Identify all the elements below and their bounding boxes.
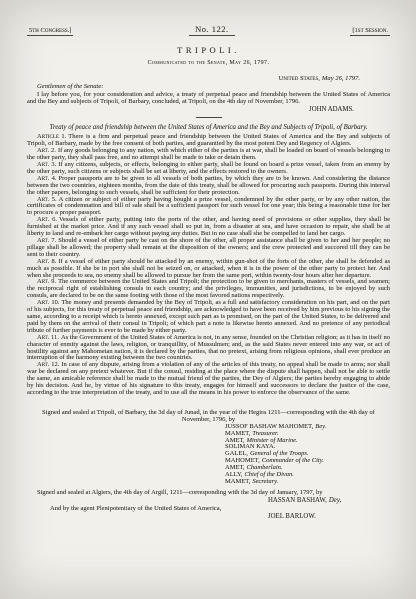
article-12: Art. 12.In case of any dispute, arising … — [27, 362, 390, 397]
article-6-text: Vessels of either party, putting into th… — [27, 216, 390, 237]
article-6: Art. 6.Vessels of either party, putting … — [27, 217, 390, 238]
congress-label: 5th Congress.] — [27, 27, 73, 36]
tripoli-signing-line: Signed and sealed at Tripoli, of Barbary… — [29, 409, 388, 423]
treaty-caption: Treaty of peace and friendship between t… — [31, 124, 386, 131]
article-2: Art. 2.If any goods belonging to any nat… — [27, 148, 390, 162]
article-3-text: If any citizens, subjects, or effects, b… — [27, 161, 390, 175]
masthead: 5th Congress.] No. 122. [1st Session. — [27, 24, 390, 36]
algiers-signing-line: Signed and sealed at Algiers, the 4th da… — [27, 489, 390, 496]
article-11: Art. 11.As the Government of the United … — [27, 335, 390, 363]
signatory-title: Bey. — [315, 423, 326, 430]
article-5: Art. 5.A citizen or subject of either pa… — [27, 197, 390, 218]
article-12-text: In case of any dispute, arising from a v… — [27, 361, 390, 396]
article-4-text: Proper passports are to be given to all … — [27, 175, 390, 196]
article-2-text: If any goods belonging to any nation, wi… — [27, 147, 390, 161]
article-10-text: The money and presents demanded by the B… — [27, 299, 390, 334]
document-page: 5th Congress.] No. 122. [1st Session. TR… — [0, 0, 416, 599]
article-1-text: There is a firm and perpetual peace and … — [27, 133, 390, 147]
article-8: Art. 8.If a vessel of either party shoul… — [27, 259, 390, 280]
president-signature: JOHN ADAMS. — [27, 106, 390, 113]
dateline-place: United States, — [279, 75, 320, 82]
article-13 — [27, 397, 390, 404]
signatory-title: Secretary. — [252, 478, 278, 485]
article-5-text: A citizen or subject of either party hav… — [27, 196, 390, 217]
document-number: No. 122. — [189, 24, 235, 36]
article-4: Art. 4.Proper passports are to be given … — [27, 176, 390, 197]
transmittal-message: I lay before you, for your consideration… — [27, 91, 390, 105]
article-3: Art. 3.If any citizens, subjects, or eff… — [27, 162, 390, 176]
agent-signature: JOEL BARLOW. — [268, 513, 390, 520]
signatory-row: MAMET,Secretary. — [225, 479, 390, 486]
salutation: Gentlemen of the Senate: — [37, 83, 390, 90]
signatory-list: JUSSOF BASHAW MAHOMET,Bey. MAMET,Treasur… — [225, 424, 390, 486]
article-10: Art. 10.The money and presents demanded … — [27, 300, 390, 335]
article-7-text: Should a vessel of either party be cast … — [27, 237, 390, 258]
article-11-text: As the Government of the United States o… — [27, 334, 390, 362]
article-9: Art. 9.The commerce between the United S… — [27, 279, 390, 300]
article-9-text: The commerce between the United States a… — [27, 278, 390, 299]
page-title: TRIPOLI. — [27, 45, 390, 55]
dateline-date: May 26, 1797. — [322, 75, 360, 82]
dey-name: HASSAN BASHAW, — [268, 497, 327, 504]
dey-signature: HASSAN BASHAW,Dey, — [268, 497, 390, 504]
session-label: [1st Session. — [350, 27, 390, 36]
agent-line: And by the agent Plenipotentiary of the … — [50, 505, 390, 512]
article-8-text: If a vessel of either party should be at… — [27, 258, 390, 279]
communicated-subtitle: Communicated to the Senate, May 26, 1797… — [27, 60, 390, 66]
transmittal-dateline: United States,May 26, 1797. — [27, 75, 390, 82]
article-7: Art. 7.Should a vessel of either party b… — [27, 238, 390, 259]
section-divider — [196, 117, 222, 118]
signatory-name: MAMET, — [225, 478, 250, 485]
dey-title: Dey, — [329, 497, 341, 504]
